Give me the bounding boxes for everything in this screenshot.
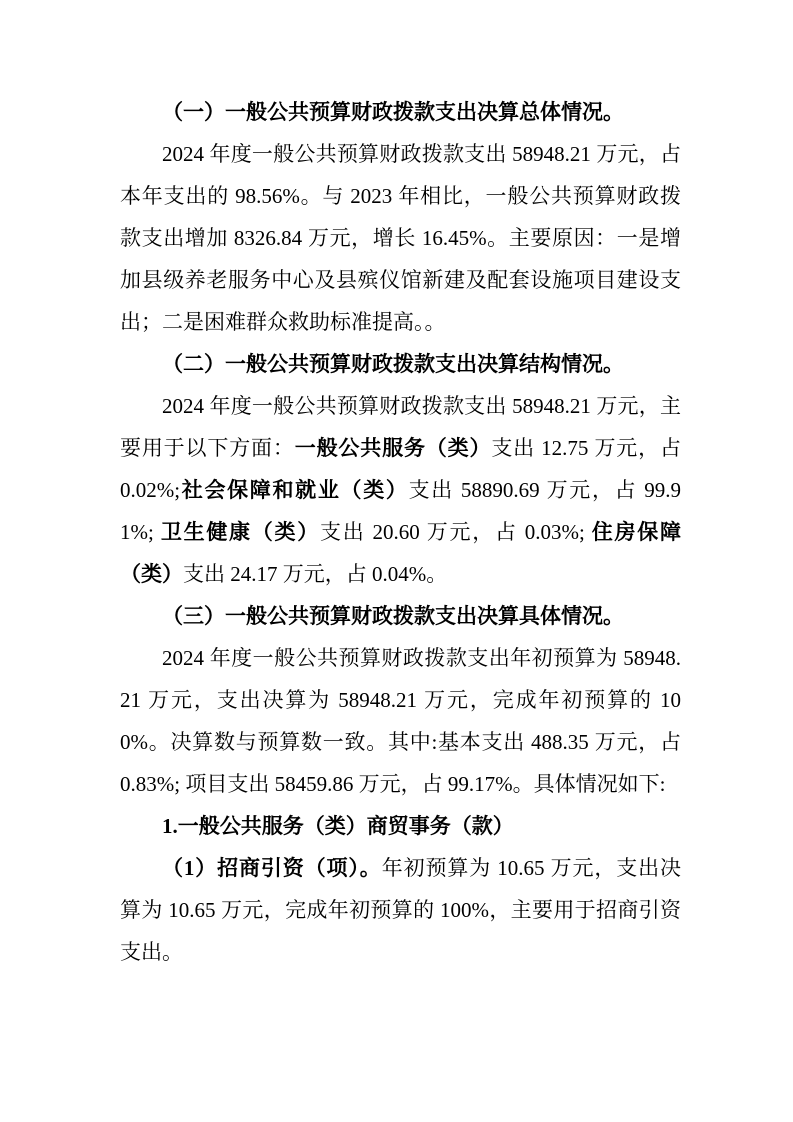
paragraph: 2024 年度一般公共预算财政拨款支出年初预算为 58948.21 万元，支出决… bbox=[120, 637, 681, 805]
text-run: 支出 24.17 万元，占 0.04%。 bbox=[183, 562, 447, 586]
text-run: 支出 20.60 万元，占 0.03%; bbox=[320, 520, 592, 544]
text-run: （三）一般公共预算财政拨款支出决算具体情况。 bbox=[162, 604, 624, 628]
paragraph: 2024 年度一般公共预算财政拨款支出 58948.21 万元，占本年支出的 9… bbox=[120, 133, 681, 343]
heading-paragraph: （三）一般公共预算财政拨款支出决算具体情况。 bbox=[120, 595, 681, 637]
document-content: （一）一般公共预算财政拨款支出决算总体情况。2024 年度一般公共预算财政拨款支… bbox=[120, 91, 681, 973]
subheading-paragraph: 1.一般公共服务（类）商贸事务（款） bbox=[120, 805, 681, 847]
document-page: （一）一般公共预算财政拨款支出决算总体情况。2024 年度一般公共预算财政拨款支… bbox=[0, 0, 793, 1122]
text-run: （一）一般公共预算财政拨款支出决算总体情况。 bbox=[162, 100, 624, 124]
paragraph: （1）招商引资（项）。年初预算为 10.65 万元，支出决算为 10.65 万元… bbox=[120, 847, 681, 973]
paragraph: 2024 年度一般公共预算财政拨款支出 58948.21 万元，主要用于以下方面… bbox=[120, 385, 681, 595]
text-run: 2024 年度一般公共预算财政拨款支出 58948.21 万元，占本年支出的 9… bbox=[120, 142, 681, 334]
heading-paragraph: （二）一般公共预算财政拨款支出决算结构情况。 bbox=[120, 343, 681, 385]
text-run: 社会保障和就业（类） bbox=[180, 478, 409, 502]
text-run: 一般公共服务（类） bbox=[295, 436, 492, 460]
heading-paragraph: （一）一般公共预算财政拨款支出决算总体情况。 bbox=[120, 91, 681, 133]
text-run: 2024 年度一般公共预算财政拨款支出年初预算为 58948.21 万元，支出决… bbox=[120, 646, 681, 796]
text-run: （二）一般公共预算财政拨款支出决算结构情况。 bbox=[162, 352, 624, 376]
text-run: 卫生健康（类） bbox=[161, 520, 320, 544]
text-run: （1）招商引资（项）。 bbox=[162, 856, 382, 880]
text-run: 1.一般公共服务（类）商贸事务（款） bbox=[162, 814, 514, 838]
